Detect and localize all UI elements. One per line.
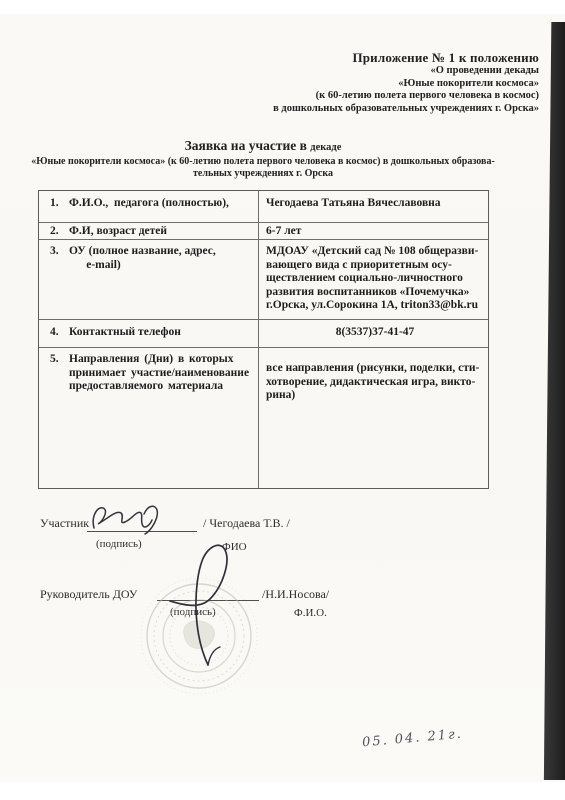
appendix-line: в дошкольных образовательных учреждениях… (273, 103, 539, 116)
form-title: Заявка на участие в декаде «Юные покорит… (22, 138, 504, 180)
table-row-phone: 4. Контактный телефон 8(3537)37-41-47 (39, 320, 488, 348)
row-label: Ф.И, возраст детей (69, 225, 256, 237)
row-number: 4. (50, 326, 69, 345)
table-row-directions: 5. Направления (Дни) в которых принимает… (39, 348, 488, 488)
participant-signature-stroke-icon (88, 501, 188, 535)
appendix-line: «Юные покорители космоса» (273, 78, 539, 91)
head-label: Руководитель ДОУ (40, 587, 137, 602)
table-row-age: 2. Ф.И, возраст детей 6-7 лет (39, 223, 488, 240)
table-row-fio: 1. Ф.И.О., педагога (полностью), Чегодае… (39, 191, 488, 223)
participant-podpis-caption: (подпись) (96, 538, 142, 550)
row-label: Направления (Дни) в которых принимает уч… (69, 353, 256, 486)
row-value: МДОАУ «Детский сад № 108 общеразви- вающ… (259, 240, 488, 319)
head-signature-stroke-icon (150, 535, 270, 675)
participant-name: / Чегодаева Т.В. / (203, 516, 290, 531)
row-value: 6-7 лет (259, 223, 488, 239)
appendix-header: Приложение № 1 к положению «О проведении… (273, 50, 539, 115)
row-label: ОУ (полное название, адрес, e-mail) (69, 245, 256, 317)
row-number: 2. (50, 225, 69, 237)
appendix-line: Приложение № 1 к положению (273, 50, 539, 65)
head-fio-caption: Ф.И.О. (294, 607, 327, 619)
head-name: /Н.И.Носова/ (262, 587, 329, 602)
form-title-main: Заявка на участие в (185, 138, 311, 153)
row-label: Ф.И.О., педагога (полностью), (69, 197, 256, 220)
row-number: 1. (50, 197, 69, 220)
table-row-ou: 3. ОУ (полное название, адрес, e-mail) М… (39, 240, 488, 320)
form-title-line1: Заявка на участие в декаде (22, 138, 504, 156)
form-title-small: декаде (310, 142, 341, 153)
appendix-line: (к 60-летию полета первого человека в ко… (273, 90, 539, 103)
row-number: 3. (50, 245, 69, 317)
form-title-line3: тельных учреждениях г. Орска (22, 168, 504, 180)
row-label: Контактный телефон (69, 326, 256, 345)
form-title-line2: «Юные покорители космоса» (к 60-летию по… (22, 156, 504, 168)
participant-label: Участник (40, 516, 89, 531)
row-number: 5. (50, 353, 69, 486)
application-table: 1. Ф.И.О., педагога (полностью), Чегодае… (38, 190, 489, 489)
row-value: 8(3537)37-41-47 (259, 320, 488, 347)
row-value: Чегодаева Татьяна Вячеславовна (259, 191, 488, 222)
row-value: все направления (рисунки, поделки, сти- … (259, 348, 488, 488)
appendix-line: «О проведении декады (273, 65, 539, 78)
